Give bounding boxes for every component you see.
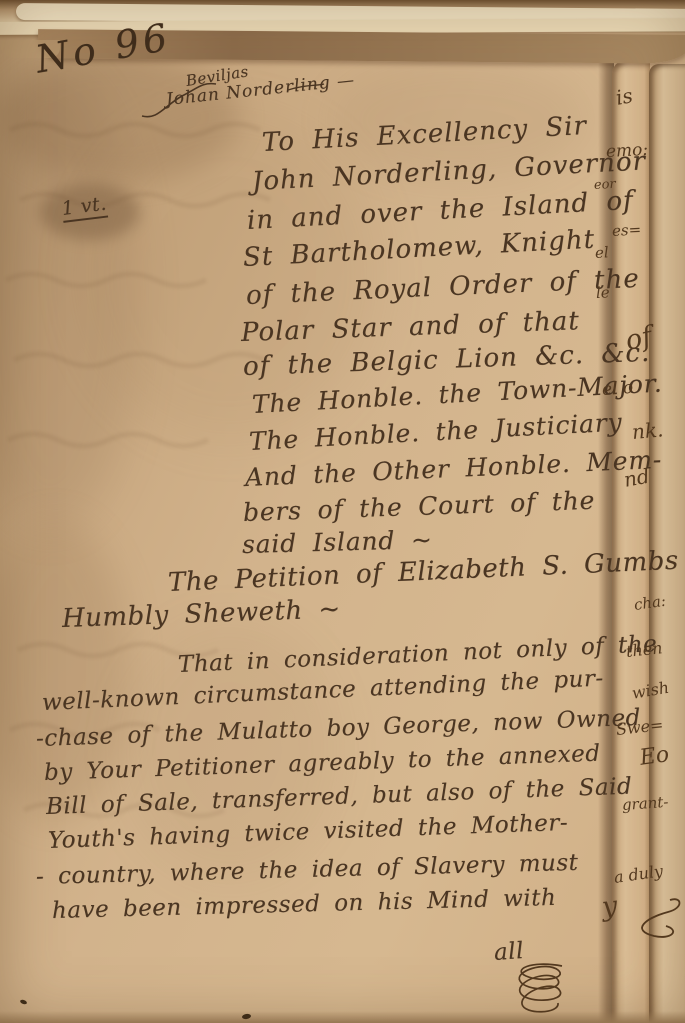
petition-body-line: have been impressed on his Mind with [52,885,557,924]
paper-stain [0,70,140,530]
next-page-text-fragment: el [595,243,610,262]
next-page-text-fragment: es= [612,220,642,240]
next-page-text-fragment: nd [622,464,651,492]
next-page-text-fragment: el o [601,378,633,400]
next-page-text-fragment: nk. [631,417,664,444]
catchword: all [493,938,525,966]
petition-body-line: - country, where the idea of Slavery mus… [36,850,579,890]
next-page-text-fragment: grant- [621,793,669,814]
next-page-text-fragment: then [625,638,663,661]
next-page-text-fragment: y [600,890,618,922]
addressee-line: bers of the Court of the [242,486,595,527]
page-bottom-edge [0,1011,685,1023]
next-page-text-fragment: emo: [605,140,648,162]
next-page-text-fragment: le [596,283,611,302]
petition-subheading: Humbly Sheweth ~ [61,594,341,634]
ink-speck [20,999,28,1005]
margin-mark: 1 vt. [60,193,108,223]
manuscript-page: No 96 Beviljas Johan Norderling — 1 vt. … [0,0,685,1023]
addressee-line: said Island ~ [242,525,433,559]
salutation-line: of the Royal Order of the [245,264,640,311]
next-page-text-fragment: Eo [638,742,671,771]
next-page-text-fragment: eor [594,177,616,193]
